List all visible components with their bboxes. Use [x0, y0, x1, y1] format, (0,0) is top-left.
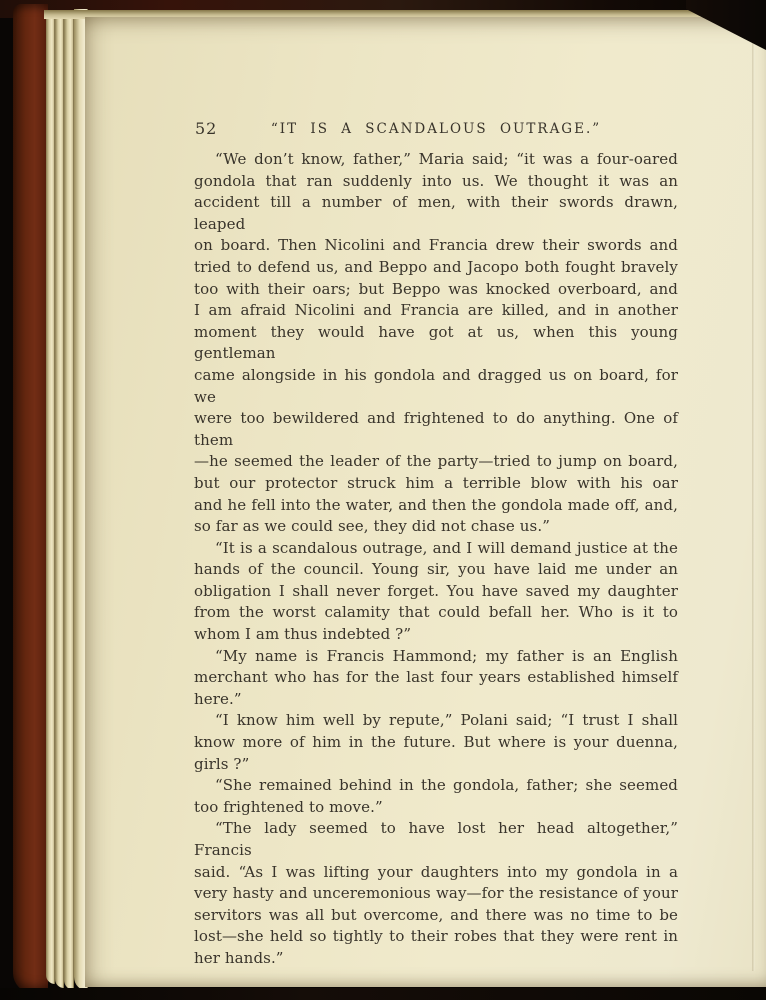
text-line: on board. Then Nicolini and Francia drew… — [194, 235, 678, 257]
text-line: were too bewildered and frightened to do… — [194, 408, 678, 451]
paragraph: “My name is Francis Hammond; my father i… — [194, 646, 678, 711]
text-line: moment they would have got at us, when t… — [194, 322, 678, 365]
paragraph: “We don’t know, father,” Maria said; “it… — [194, 149, 678, 538]
text-line: accident till a number of men, with thei… — [194, 192, 678, 235]
text-line: “My name is Francis Hammond; my father i… — [194, 646, 678, 668]
book-photo: 52 “IT IS A SCANDALOUS OUTRAGE.” “We don… — [0, 0, 766, 1000]
text-line: gondola that ran suddenly into us. We th… — [194, 171, 678, 193]
text-line: “She remained behind in the gondola, fat… — [194, 775, 678, 797]
text-line: whom I am thus indebted ?” — [194, 624, 678, 646]
text-line: very hasty and unceremonious way—for the… — [194, 883, 678, 905]
page-body-text: “We don’t know, father,” Maria said; “it… — [194, 149, 678, 970]
text-line: —he seemed the leader of the party—tried… — [194, 451, 678, 473]
text-line: obligation I shall never forget. You hav… — [194, 581, 678, 603]
text-line: I am afraid Nicolini and Francia are kil… — [194, 300, 678, 322]
text-line: her hands.” — [194, 948, 678, 970]
text-column: 52 “IT IS A SCANDALOUS OUTRAGE.” “We don… — [194, 117, 678, 970]
text-line: tried to defend us, and Beppo and Jacopo… — [194, 257, 678, 279]
running-header: “IT IS A SCANDALOUS OUTRAGE.” — [194, 121, 678, 137]
paragraph: “I know him well by repute,” Polani said… — [194, 710, 678, 775]
text-line: servitors was all but overcome, and ther… — [194, 905, 678, 927]
paragraph: “It is a scandalous outrage, and I will … — [194, 538, 678, 646]
text-line: so far as we could see, they did not cha… — [194, 516, 678, 538]
text-line: “It is a scandalous outrage, and I will … — [194, 538, 678, 560]
text-line: “We don’t know, father,” Maria said; “it… — [194, 149, 678, 171]
text-line: know more of him in the future. But wher… — [194, 732, 678, 754]
text-line: lost—she held so tightly to their robes … — [194, 926, 678, 948]
backdrop-bottom — [0, 988, 766, 1000]
text-line: too frightened to move.” — [194, 797, 678, 819]
page-edge-stack — [46, 16, 55, 984]
page-edge-stack — [55, 13, 64, 988]
text-line: but our protector struck him a terrible … — [194, 473, 678, 495]
text-line: here.” — [194, 689, 678, 711]
book-page: 52 “IT IS A SCANDALOUS OUTRAGE.” “We don… — [85, 17, 766, 987]
text-line: hands of the council. Young sir, you hav… — [194, 559, 678, 581]
text-line: from the worst calamity that could befal… — [194, 602, 678, 624]
text-line: said. “As I was lifting your daughters i… — [194, 862, 678, 884]
paragraph: “She remained behind in the gondola, fat… — [194, 775, 678, 818]
text-line: merchant who has for the last four years… — [194, 667, 678, 689]
page-edge-stack — [64, 11, 74, 990]
text-line: too with their oars; but Beppo was knock… — [194, 279, 678, 301]
text-line: came alongside in his gondola and dragge… — [194, 365, 678, 408]
page-header: 52 “IT IS A SCANDALOUS OUTRAGE.” — [194, 117, 678, 141]
text-line: and he fell into the water, and then the… — [194, 495, 678, 517]
paragraph: “The lady seemed to have lost her head a… — [194, 818, 678, 969]
book-cover-edge — [13, 4, 48, 993]
text-line: girls ?” — [194, 754, 678, 776]
text-line: “The lady seemed to have lost her head a… — [194, 818, 678, 861]
text-line: “I know him well by repute,” Polani said… — [194, 710, 678, 732]
